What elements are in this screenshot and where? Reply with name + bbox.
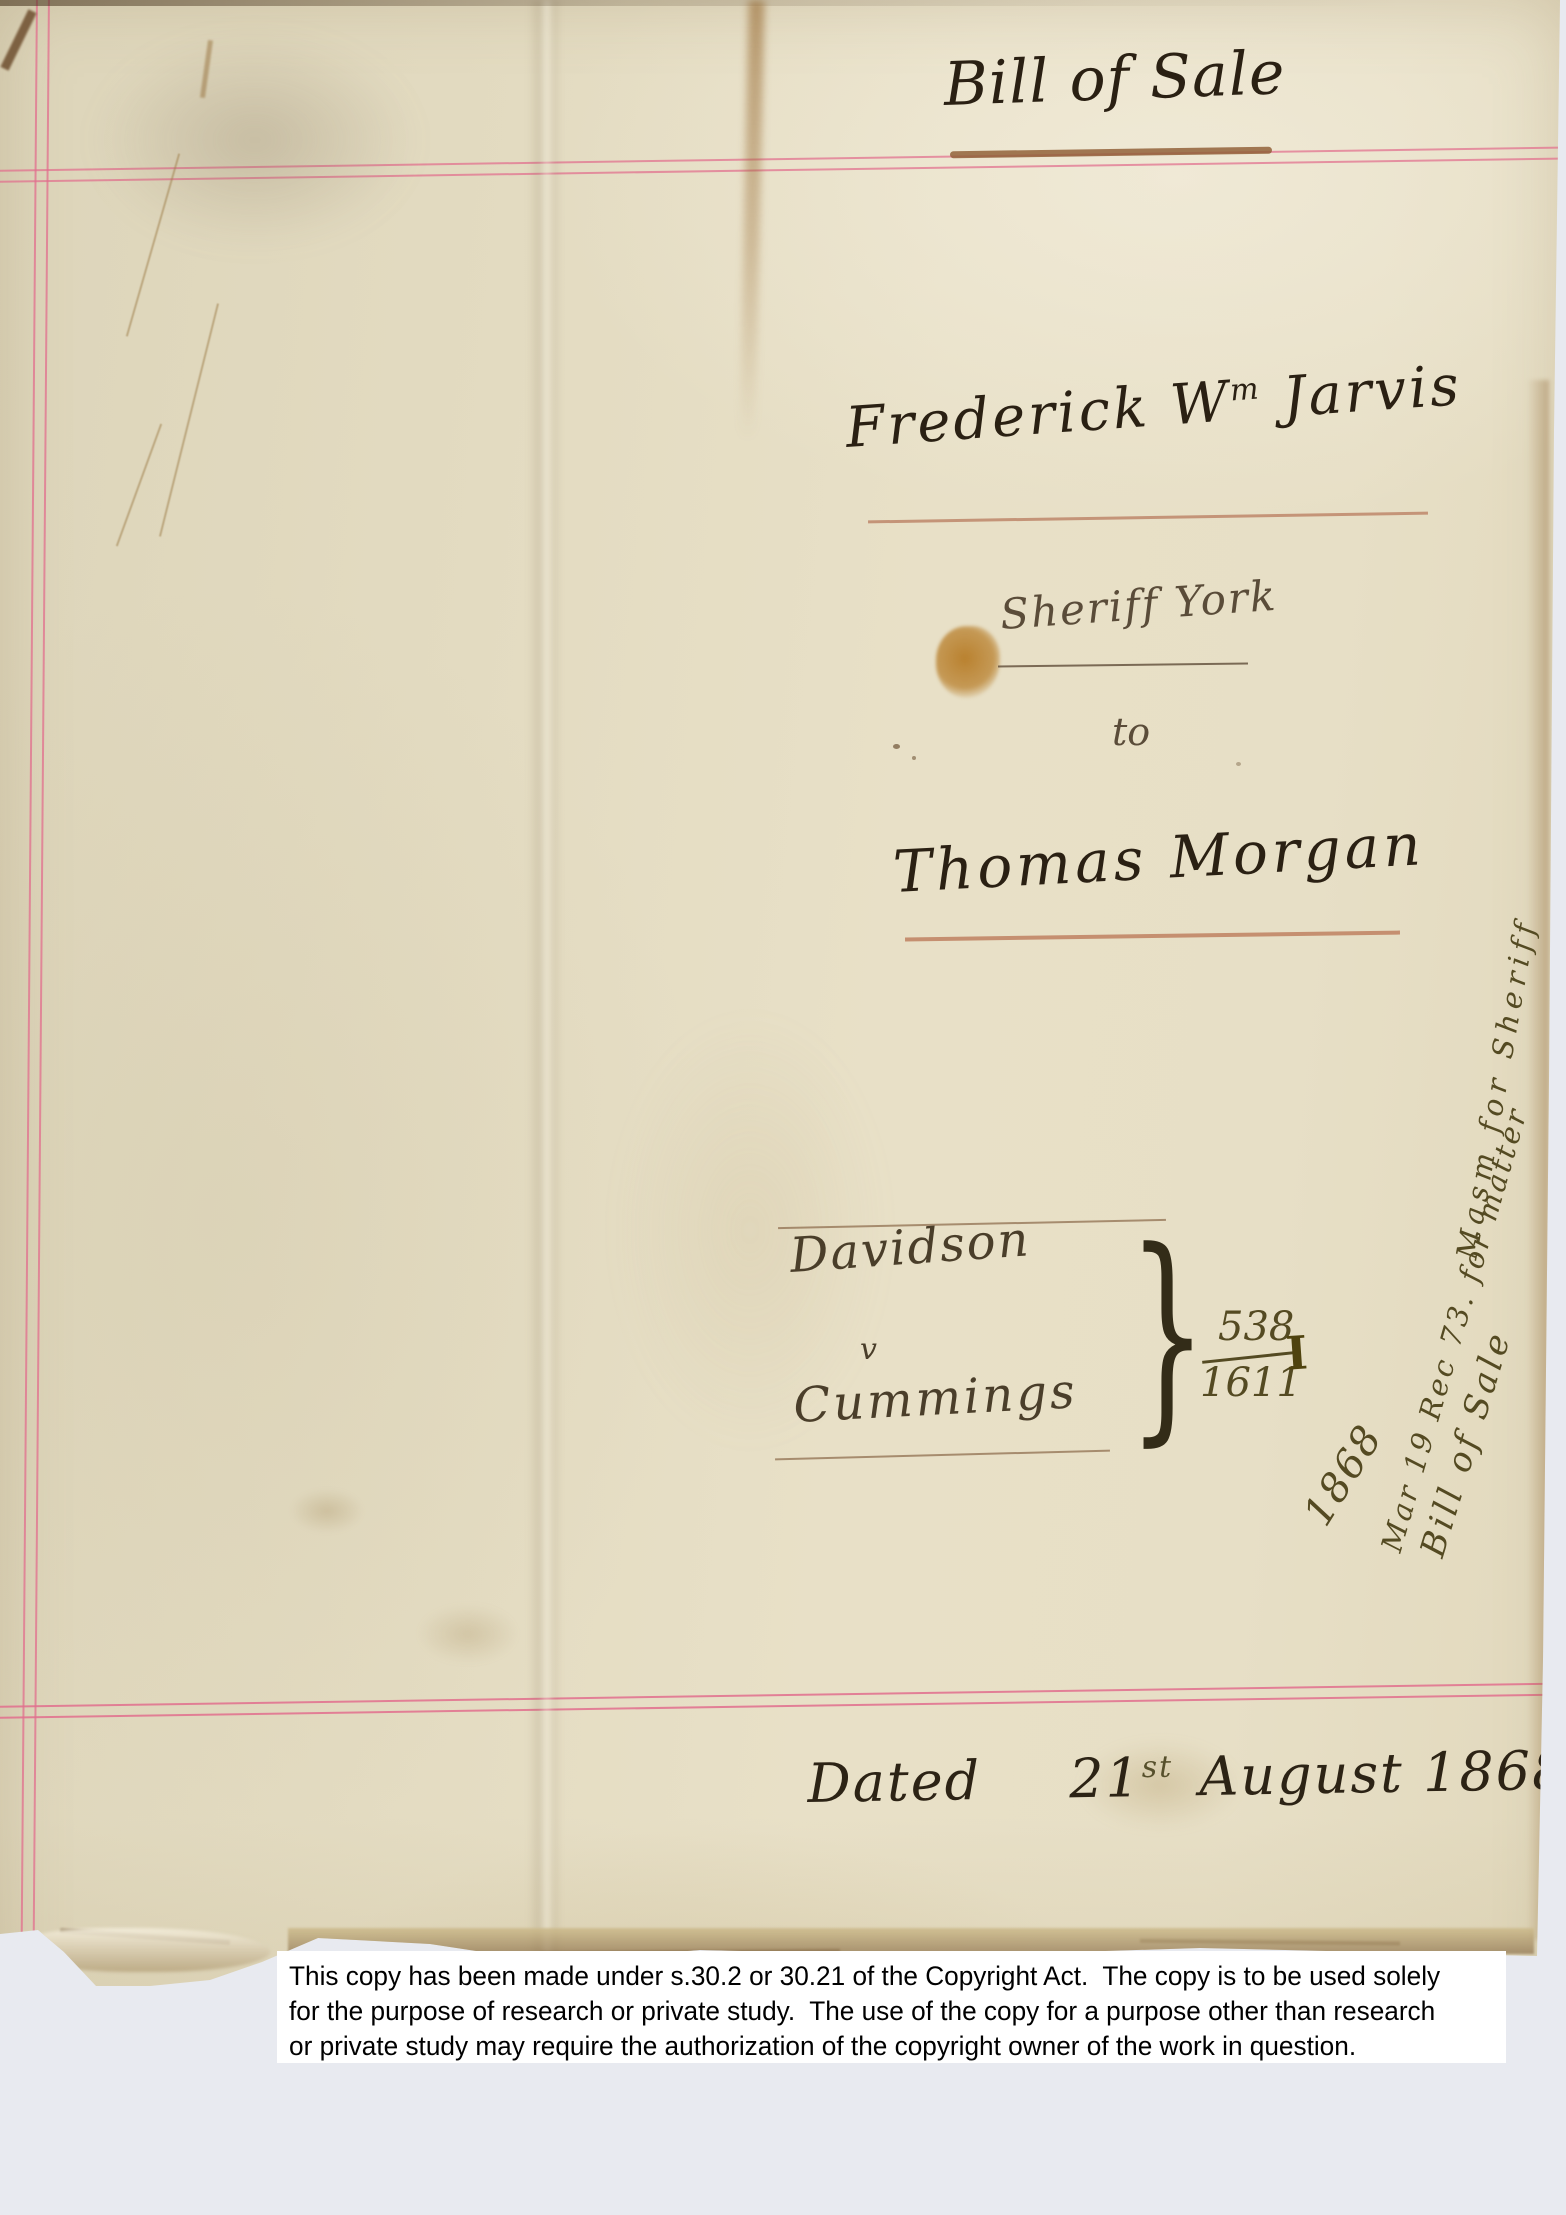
date-line-ordinal: st <box>1141 1750 1173 1786</box>
grantor-name: Frederick Wm Jarvis <box>843 353 1463 461</box>
left-margin-rule <box>20 0 50 1990</box>
copyright-notice-line: or private study may require the authori… <box>289 2029 1469 2064</box>
scratch-mark <box>126 153 180 336</box>
ink-speck <box>893 744 900 749</box>
bottom-horizontal-rule <box>0 1682 1566 1719</box>
ink-speck <box>912 756 916 760</box>
copyright-notice-line: for the purpose of research or private s… <box>289 1994 1469 2029</box>
ink-speck <box>1236 762 1241 766</box>
date-line-word: Dated <box>807 1749 982 1815</box>
paper-top-edge <box>0 0 1566 6</box>
date-line: Dated21stAugust 1868 <box>807 1739 1566 1815</box>
case-caption-rule-bottom <box>775 1450 1110 1461</box>
case-plaintiff: Davidson <box>788 1211 1032 1284</box>
date-line-day: 21 <box>1069 1746 1143 1810</box>
grantor-name-part: Jarvis <box>1260 353 1464 432</box>
center-fold-crease <box>528 0 562 1970</box>
grantee-underline <box>905 931 1400 942</box>
office-underline <box>998 662 1248 667</box>
grantor-underline <box>868 512 1428 524</box>
docket-note-year: 1868 <box>1295 1417 1392 1534</box>
corner-mark <box>0 9 36 70</box>
paper-bottom-curl <box>20 1928 270 1972</box>
filing-number-numerator: 538 <box>1218 1304 1294 1350</box>
scanned-document: Bill of Sale Frederick Wm Jarvis Sheriff… <box>0 0 1566 2215</box>
case-defendant: Cummings <box>792 1363 1079 1434</box>
wrinkle-shadow <box>90 30 420 250</box>
grantor-name-part: Frederick W <box>843 369 1233 461</box>
grantor-office: Sheriff York <box>999 571 1279 639</box>
copyright-notice-line: This copy has been made under s.30.2 or … <box>289 1959 1469 1994</box>
document-title: Bill of Sale <box>943 38 1287 120</box>
paper-right-edge <box>1527 380 1549 1940</box>
case-brace: } <box>1128 1230 1207 1440</box>
stain-streak <box>739 0 764 440</box>
scratch-mark <box>116 424 162 547</box>
grantor-name-superscript: m <box>1229 371 1263 408</box>
grantee-name: Thomas Morgan <box>891 810 1426 906</box>
scratch-mark <box>159 303 219 536</box>
paper-sheet: Bill of Sale Frederick Wm Jarvis Sheriff… <box>0 0 1566 2215</box>
filing-volume-roman-numeral: I <box>1284 1325 1309 1380</box>
top-horizontal-rule <box>0 146 1566 183</box>
copyright-notice: This copy has been made under s.30.2 or … <box>277 1951 1506 2063</box>
case-versus: v <box>860 1332 877 1367</box>
stain-mark <box>200 40 213 98</box>
stain-blob <box>936 626 1000 698</box>
stain-blob <box>292 1490 362 1532</box>
date-line-month-year: August 1868 <box>1199 1739 1566 1808</box>
connector-to: to <box>1112 710 1150 754</box>
stain-blob <box>420 1606 516 1662</box>
